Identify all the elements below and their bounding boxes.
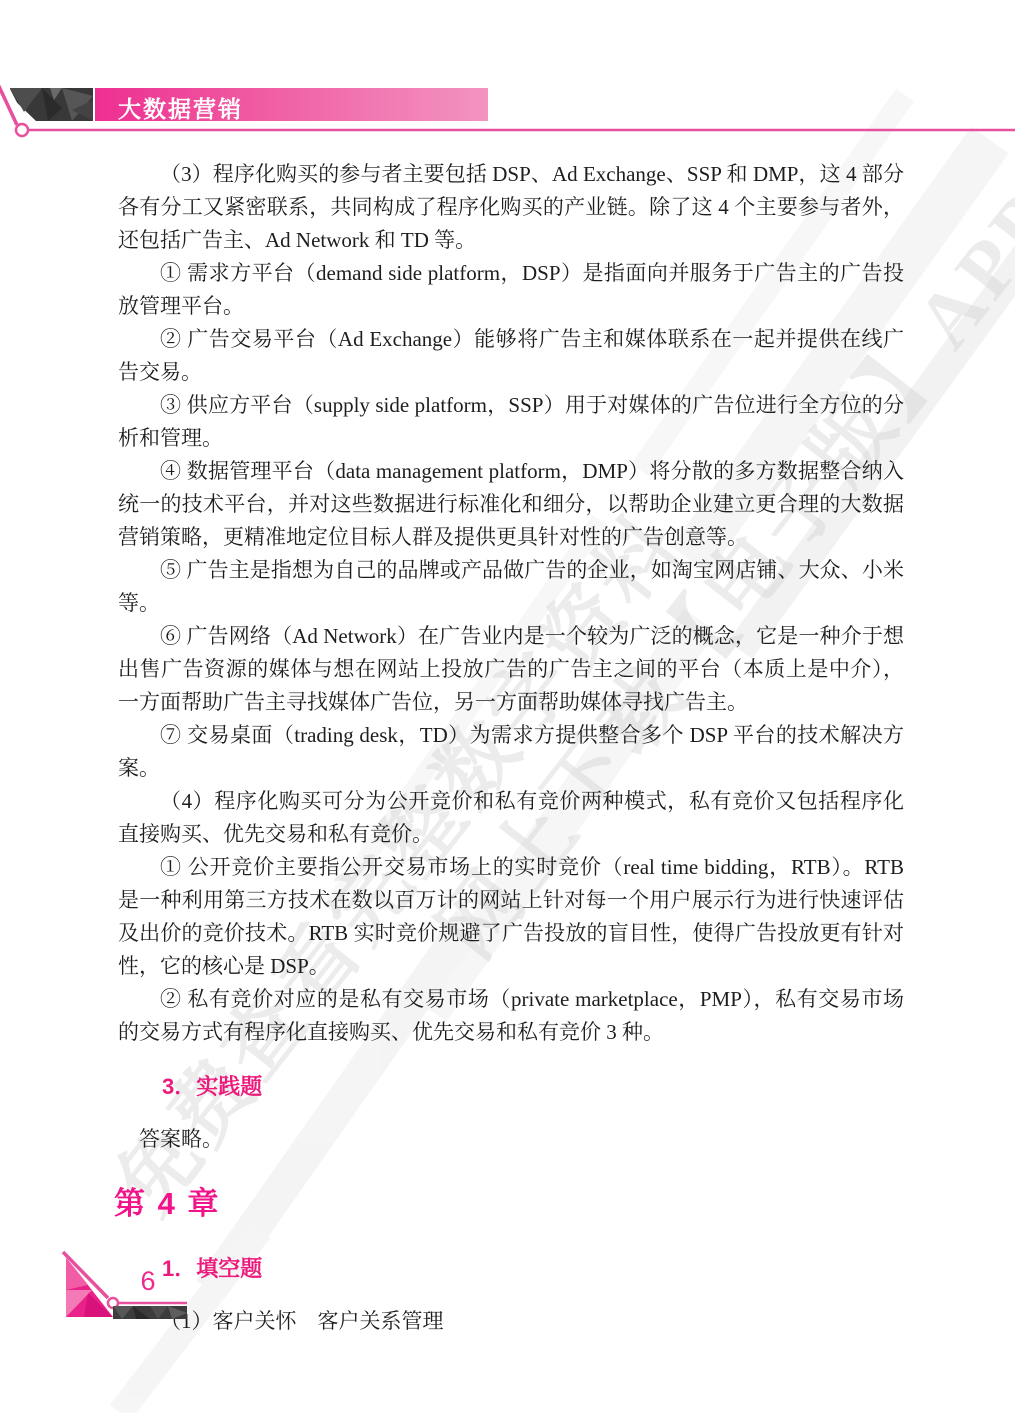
book-title: 大数据营销 (118, 91, 243, 124)
paragraph: ④ 数据管理平台（data management platform，DMP）将分… (118, 455, 904, 554)
paragraph: ② 私有竞价对应的是私有交易市场（private marketplace，PMP… (118, 983, 904, 1049)
page-number: 6 (128, 1266, 168, 1297)
chapter-heading: 第 4 章 (114, 1182, 904, 1226)
page-content: （3）程序化购买的参与者主要包括 DSP、Ad Exchange、SSP 和 D… (118, 158, 904, 1338)
paragraph: （3）程序化购买的参与者主要包括 DSP、Ad Exchange、SSP 和 D… (118, 158, 904, 257)
paragraph: ① 公开竞价主要指公开交易市场上的实时竞价（real time bidding，… (118, 851, 904, 983)
paragraph: ② 广告交易平台（Ad Exchange）能够将广告主和媒体联系在一起并提供在线… (118, 323, 904, 389)
paragraph: ③ 供应方平台（supply side platform，SSP）用于对媒体的广… (118, 389, 904, 455)
header-banner: 大数据营销 (95, 88, 488, 121)
footer-facet-bar (113, 1306, 187, 1319)
paragraph: （4）程序化购买可分为公开竞价和私有竞价两种模式，私有竞价又包括程序化直接购买、… (118, 785, 904, 851)
paragraph: ① 需求方平台（demand side platform，DSP）是指面向并服务… (118, 257, 904, 323)
paragraph: ⑥ 广告网络（Ad Network）在广告业内是一个较为广泛的概念，它是一种介于… (118, 620, 904, 719)
document-page: 免费查看完整数字资料 网上下载【电子版】APP 大数据营销 （3）程序化购买的参… (0, 0, 1015, 1413)
header-decoration (0, 0, 1015, 160)
answer-note: 答案略。 (118, 1123, 904, 1156)
section-heading-practice: 3．实践题 (118, 1070, 904, 1103)
paragraph: ⑤ 广告主是指想为自己的品牌或产品做广告的企业，如淘宝网店铺、大众、小米等。 (118, 554, 904, 620)
paragraph: ⑦ 交易桌面（trading desk，TD）为需求方提供整合多个 DSP 平台… (118, 719, 904, 785)
